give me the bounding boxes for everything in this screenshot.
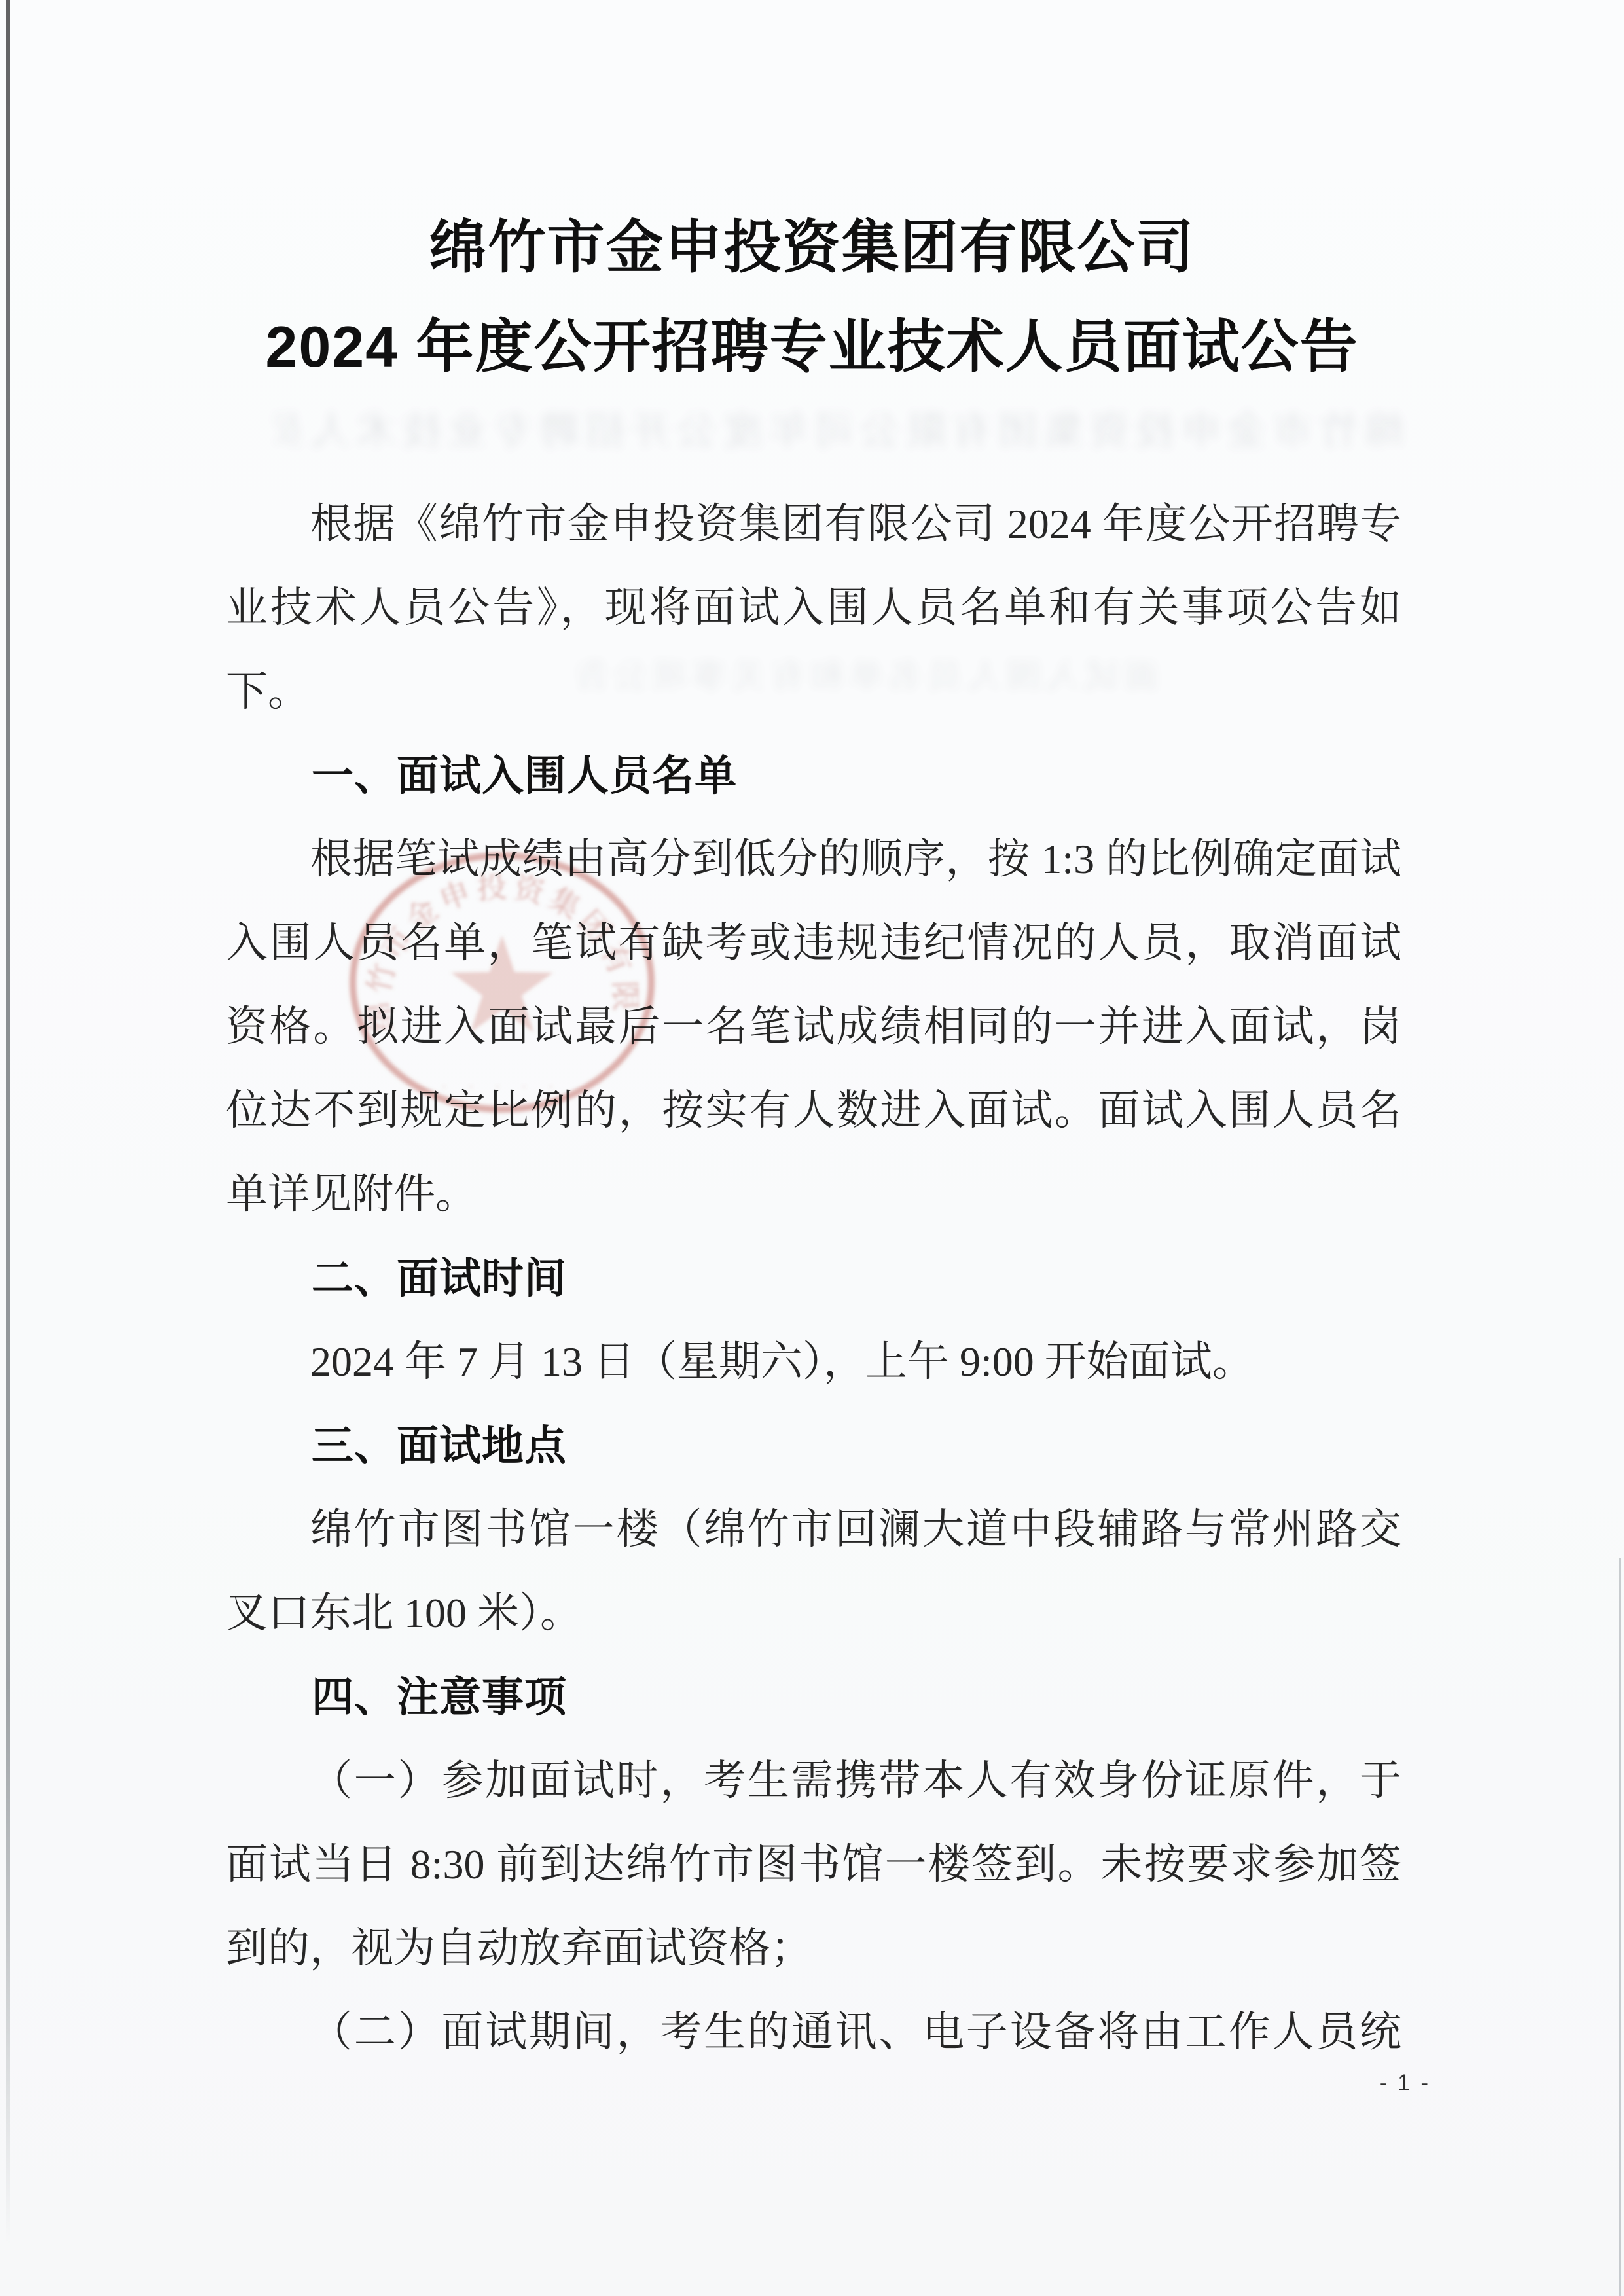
scanned-document-page: 绵竹市金申投资集团有限公司 2024 年度公开招聘专业技术人员面试公告 绵竹市金… — [0, 0, 1624, 2296]
document-title: 绵竹市金申投资集团有限公司 2024 年度公开招聘专业技术人员面试公告 — [0, 198, 1624, 397]
section2-line-1: 2024 年 7 月 13 日（星期六），上午 9:00 开始面试。 — [226, 1320, 1401, 1404]
section4-line-3: 到的，视为自动放弃面试资格； — [226, 1907, 1401, 1990]
section4-line-1: （一）参加面试时，考生需携带本人有效身份证原件，于 — [226, 1739, 1401, 1823]
section1-line-1: 根据笔试成绩由高分到低分的顺序，按 1:3 的比例确定面试 — [226, 817, 1401, 901]
section3-heading: 三、面试地点 — [226, 1404, 1401, 1488]
page-number: - 1 - — [1380, 2070, 1430, 2096]
section1-line-4: 位达不到规定比例的，按实有人数进入面试。面试入围人员名 — [226, 1069, 1401, 1153]
section3-line-2: 叉口东北 100 米）。 — [226, 1571, 1401, 1655]
section1-heading: 一、面试入围人员名单 — [226, 734, 1401, 817]
section4-line-4: （二）面试期间，考生的通讯、电子设备将由工作人员统 — [226, 1990, 1401, 2074]
section4-line-2: 面试当日 8:30 前到达绵竹市图书馆一楼签到。未按要求参加签 — [226, 1823, 1401, 1907]
bleedthrough-smudge-top: 绵竹市金申投资集团有限公司年度公开招聘专业技术人员公告 — [275, 403, 1404, 459]
section3-line-1: 绵竹市图书馆一楼（绵竹市回澜大道中段辅路与常州路交 — [226, 1488, 1401, 1571]
intro-line-2: 业技术人员公告》，现将面试入围人员名单和有关事项公告如 — [226, 566, 1401, 650]
intro-line-3: 下。 — [226, 650, 1401, 734]
title-line-2: 2024 年度公开招聘专业技术人员面试公告 — [0, 297, 1624, 397]
document-body: 根据《绵竹市金申投资集团有限公司 2024 年度公开招聘专 业技术人员公告》，现… — [226, 482, 1401, 2074]
intro-line-1: 根据《绵竹市金申投资集团有限公司 2024 年度公开招聘专 — [226, 482, 1401, 566]
title-line-1: 绵竹市金申投资集团有限公司 — [0, 198, 1624, 297]
section4-heading: 四、注意事项 — [226, 1655, 1401, 1739]
section1-line-2: 入围人员名单，笔试有缺考或违规违纪情况的人员，取消面试 — [226, 901, 1401, 985]
section1-line-3: 资格。拟进入面试最后一名笔试成绩相同的一并进入面试，岗 — [226, 985, 1401, 1069]
section1-line-5: 单详见附件。 — [226, 1153, 1401, 1236]
section2-heading: 二、面试时间 — [226, 1236, 1401, 1320]
scan-edge-artifact-right — [1619, 1558, 1621, 2296]
